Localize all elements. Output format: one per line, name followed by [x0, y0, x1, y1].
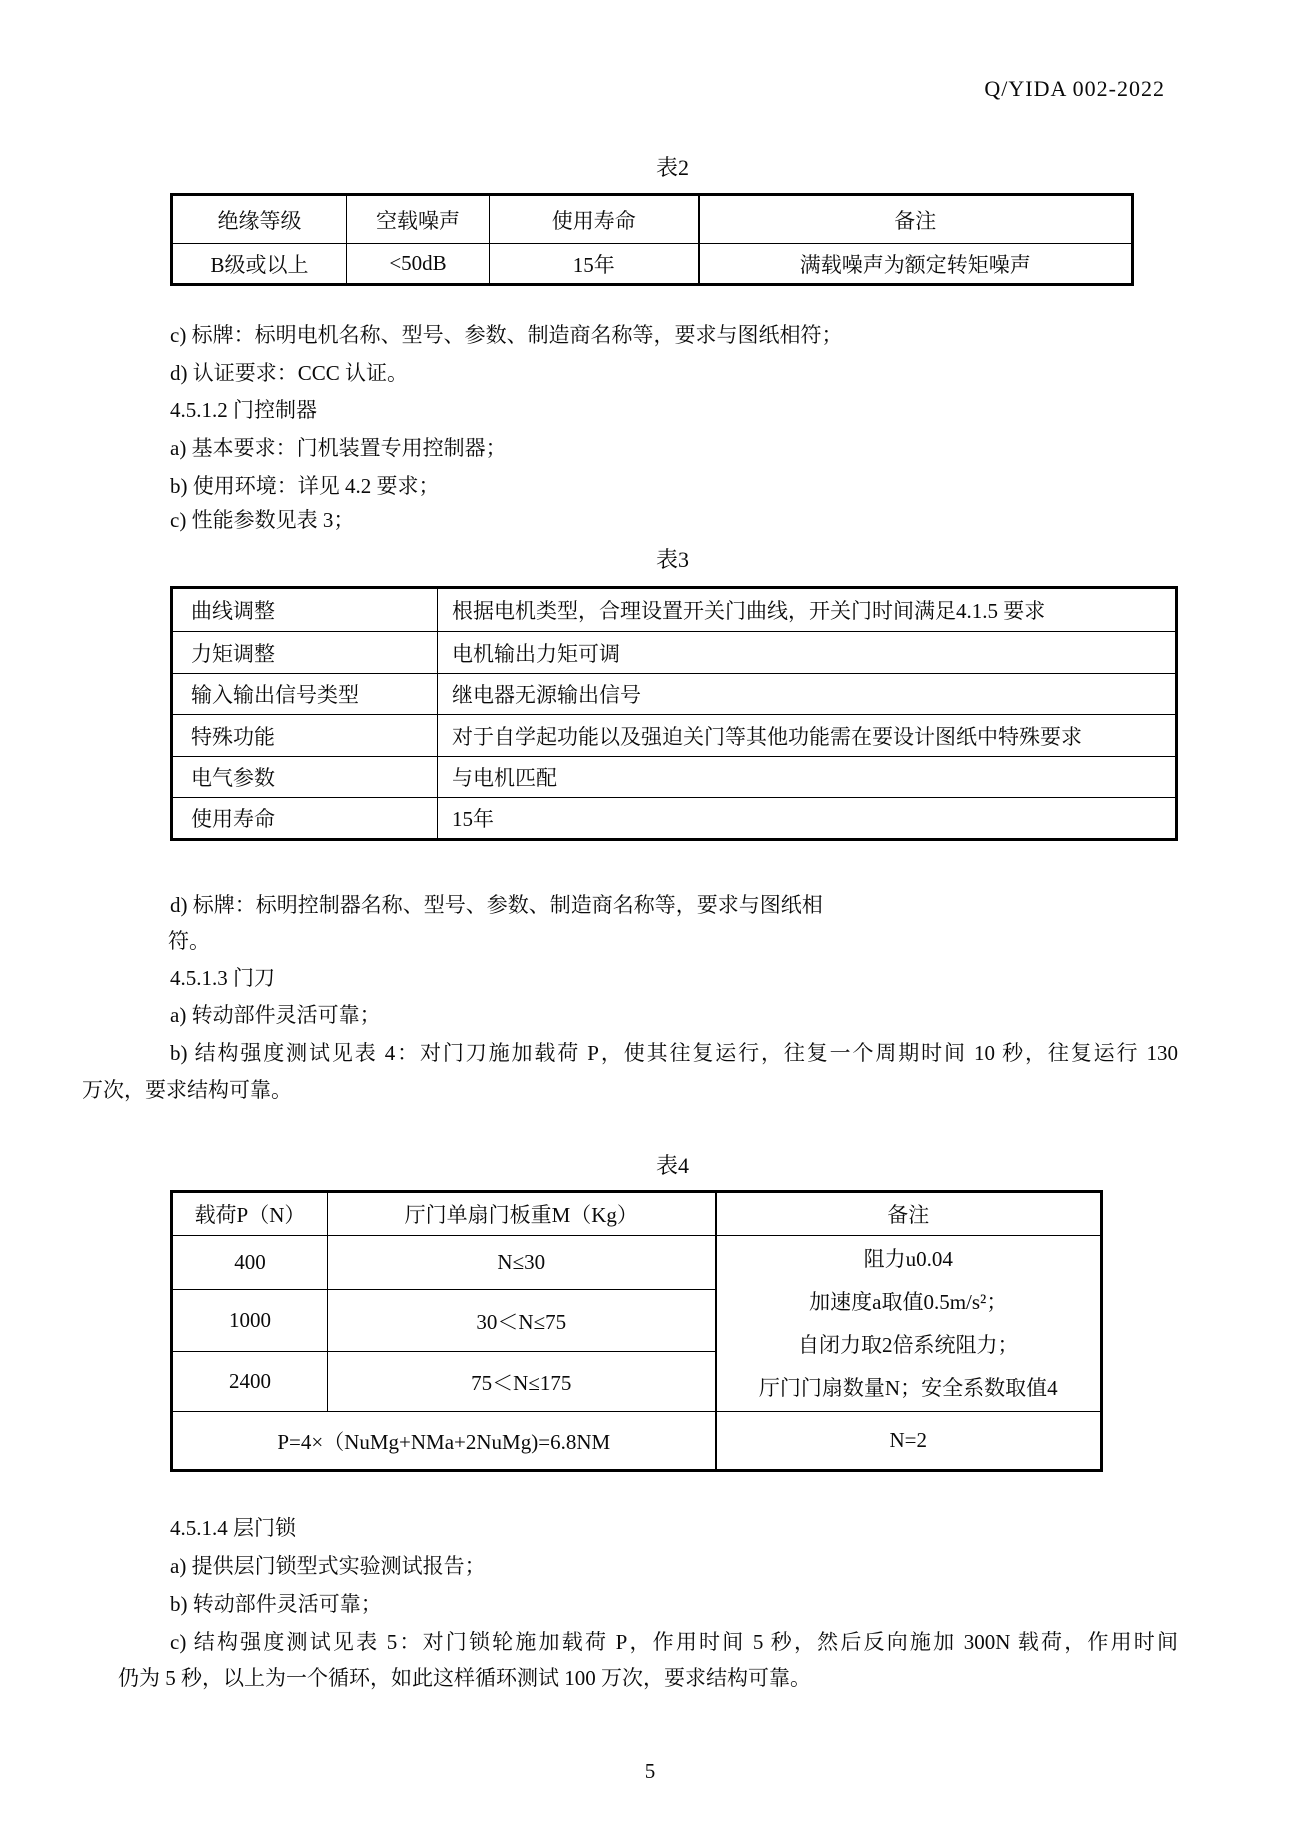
remark-line: 加速度a取值0.5m/s²； — [717, 1281, 1101, 1324]
document-page: Q/YIDA 002-2022 表2 绝缘等级 空载噪声 使用寿命 备注 B级或… — [0, 0, 1300, 1839]
table3-value: 15年 — [438, 798, 1177, 840]
table3-row: 使用寿命 15年 — [172, 798, 1177, 840]
remark-line: 阻力u0.04 — [717, 1238, 1101, 1281]
table4-formula-remark-cell: N=2 — [716, 1412, 1102, 1471]
section-heading-4514: 4.5.1.4 层门锁 — [170, 1514, 296, 1542]
table3-label: 特殊功能 — [172, 715, 438, 757]
page-number: 5 — [0, 1759, 1300, 1784]
remark-line: 厅门门扇数量N；安全系数取值4 — [717, 1367, 1101, 1410]
table4-formula-row: P=4×（NuMg+NMa+2NuMg)=6.8NM N=2 — [172, 1412, 1102, 1471]
table4-mass-cell: 75＜N≤175 — [328, 1352, 716, 1412]
list-item-c-line2: 仍为 5 秒，以上为一个循环，如此这样循环测试 100 万次，要求结构可靠。 — [118, 1664, 811, 1692]
table3-value: 与电机匹配 — [438, 757, 1177, 798]
table3-row: 力矩调整 电机输出力矩可调 — [172, 632, 1177, 674]
table4-title: 表4 — [170, 1152, 1175, 1180]
table3-row: 输入输出信号类型 继电器无源输出信号 — [172, 674, 1177, 715]
list-item-d-line1: d) 标牌：标明控制器名称、型号、参数、制造商名称等，要求与图纸相 — [170, 891, 823, 919]
table2: 绝缘等级 空载噪声 使用寿命 备注 B级或以上 <50dB 15年 满载噪声为额… — [170, 193, 1134, 286]
table3-label: 曲线调整 — [172, 588, 438, 632]
table4-remark-cell: 阻力u0.04 加速度a取值0.5m/s²； 自闭力取2倍系统阻力； 厅门门扇数… — [716, 1236, 1102, 1412]
table3-row: 曲线调整 根据电机类型，合理设置开关门曲线，开关门时间满足4.1.5 要求 — [172, 588, 1177, 632]
list-item-b-line2: 万次，要求结构可靠。 — [82, 1076, 292, 1104]
table2-title: 表2 — [170, 154, 1175, 182]
table4: 载荷P（N） 厅门单扇门板重M（Kg） 备注 400 N≤30 阻力u0.04 … — [170, 1190, 1103, 1472]
table3-value: 根据电机类型，合理设置开关门曲线，开关门时间满足4.1.5 要求 — [438, 588, 1177, 632]
table4-header-cell: 载荷P（N） — [172, 1192, 328, 1236]
table4-load-cell: 2400 — [172, 1352, 328, 1412]
section-heading-4512: 4.5.1.2 门控制器 — [170, 396, 317, 424]
list-item-a: a) 转动部件灵活可靠； — [170, 1001, 381, 1029]
doc-number: Q/YIDA 002-2022 — [984, 76, 1165, 102]
table3-title: 表3 — [170, 546, 1175, 574]
table2-header-cell: 绝缘等级 — [172, 195, 347, 244]
table3-label: 输入输出信号类型 — [172, 674, 438, 715]
table4-load-cell: 1000 — [172, 1290, 328, 1352]
list-item-a: a) 基本要求：门机装置专用控制器； — [170, 434, 507, 462]
table4-mass-cell: N≤30 — [328, 1236, 716, 1290]
table3-label: 力矩调整 — [172, 632, 438, 674]
table3-row: 电气参数 与电机匹配 — [172, 757, 1177, 798]
table4-header-row: 载荷P（N） 厅门单扇门板重M（Kg） 备注 — [172, 1192, 1102, 1236]
table3-value: 电机输出力矩可调 — [438, 632, 1177, 674]
list-item-b: b) 转动部件灵活可靠； — [170, 1590, 382, 1618]
table3-row: 特殊功能 对于自学起功能以及强迫关门等其他功能需在要设计图纸中特殊要求 — [172, 715, 1177, 757]
table3-value: 继电器无源输出信号 — [438, 674, 1177, 715]
table2-header-row: 绝缘等级 空载噪声 使用寿命 备注 — [172, 195, 1133, 244]
table4-mass-cell: 30＜N≤75 — [328, 1290, 716, 1352]
table2-header-cell: 空载噪声 — [347, 195, 490, 244]
table3-label: 电气参数 — [172, 757, 438, 798]
list-item-b-line1: b) 结构强度测试见表 4：对门刀施加载荷 P，使其往复运行，往复一个周期时间 … — [170, 1039, 1178, 1067]
table2-header-cell: 使用寿命 — [490, 195, 699, 244]
remark-line: 自闭力取2倍系统阻力； — [717, 1324, 1101, 1367]
table4-load-row: 400 N≤30 阻力u0.04 加速度a取值0.5m/s²； 自闭力取2倍系统… — [172, 1236, 1102, 1290]
list-item-a: a) 提供层门锁型式实验测试报告； — [170, 1552, 486, 1580]
table4-formula-cell: P=4×（NuMg+NMa+2NuMg)=6.8NM — [172, 1412, 716, 1471]
table4-header-cell: 备注 — [716, 1192, 1102, 1236]
list-item-d-line2: 符。 — [168, 927, 210, 955]
list-item-d: d) 认证要求：CCC 认证。 — [170, 359, 408, 387]
table2-cell: 满载噪声为额定转矩噪声 — [699, 244, 1133, 285]
table2-data-row: B级或以上 <50dB 15年 满载噪声为额定转矩噪声 — [172, 244, 1133, 285]
table3-value: 对于自学起功能以及强迫关门等其他功能需在要设计图纸中特殊要求 — [438, 715, 1177, 757]
table3: 曲线调整 根据电机类型，合理设置开关门曲线，开关门时间满足4.1.5 要求 力矩… — [170, 586, 1178, 841]
table2-cell: 15年 — [490, 244, 699, 285]
table4-load-cell: 400 — [172, 1236, 328, 1290]
table4-header-cell: 厅门单扇门板重M（Kg） — [328, 1192, 716, 1236]
table2-cell: <50dB — [347, 244, 490, 285]
list-item-b: b) 使用环境：详见 4.2 要求； — [170, 472, 440, 500]
list-item-c2: c) 性能参数见表 3； — [170, 506, 354, 534]
table2-cell: B级或以上 — [172, 244, 347, 285]
table3-label: 使用寿命 — [172, 798, 438, 840]
list-item-c: c) 标牌：标明电机名称、型号、参数、制造商名称等，要求与图纸相符； — [170, 321, 843, 349]
list-item-c-line1: c) 结构强度测试见表 5：对门锁轮施加载荷 P，作用时间 5 秒，然后反向施加… — [170, 1628, 1178, 1656]
table2-header-cell: 备注 — [699, 195, 1133, 244]
section-heading-4513: 4.5.1.3 门刀 — [170, 964, 275, 992]
